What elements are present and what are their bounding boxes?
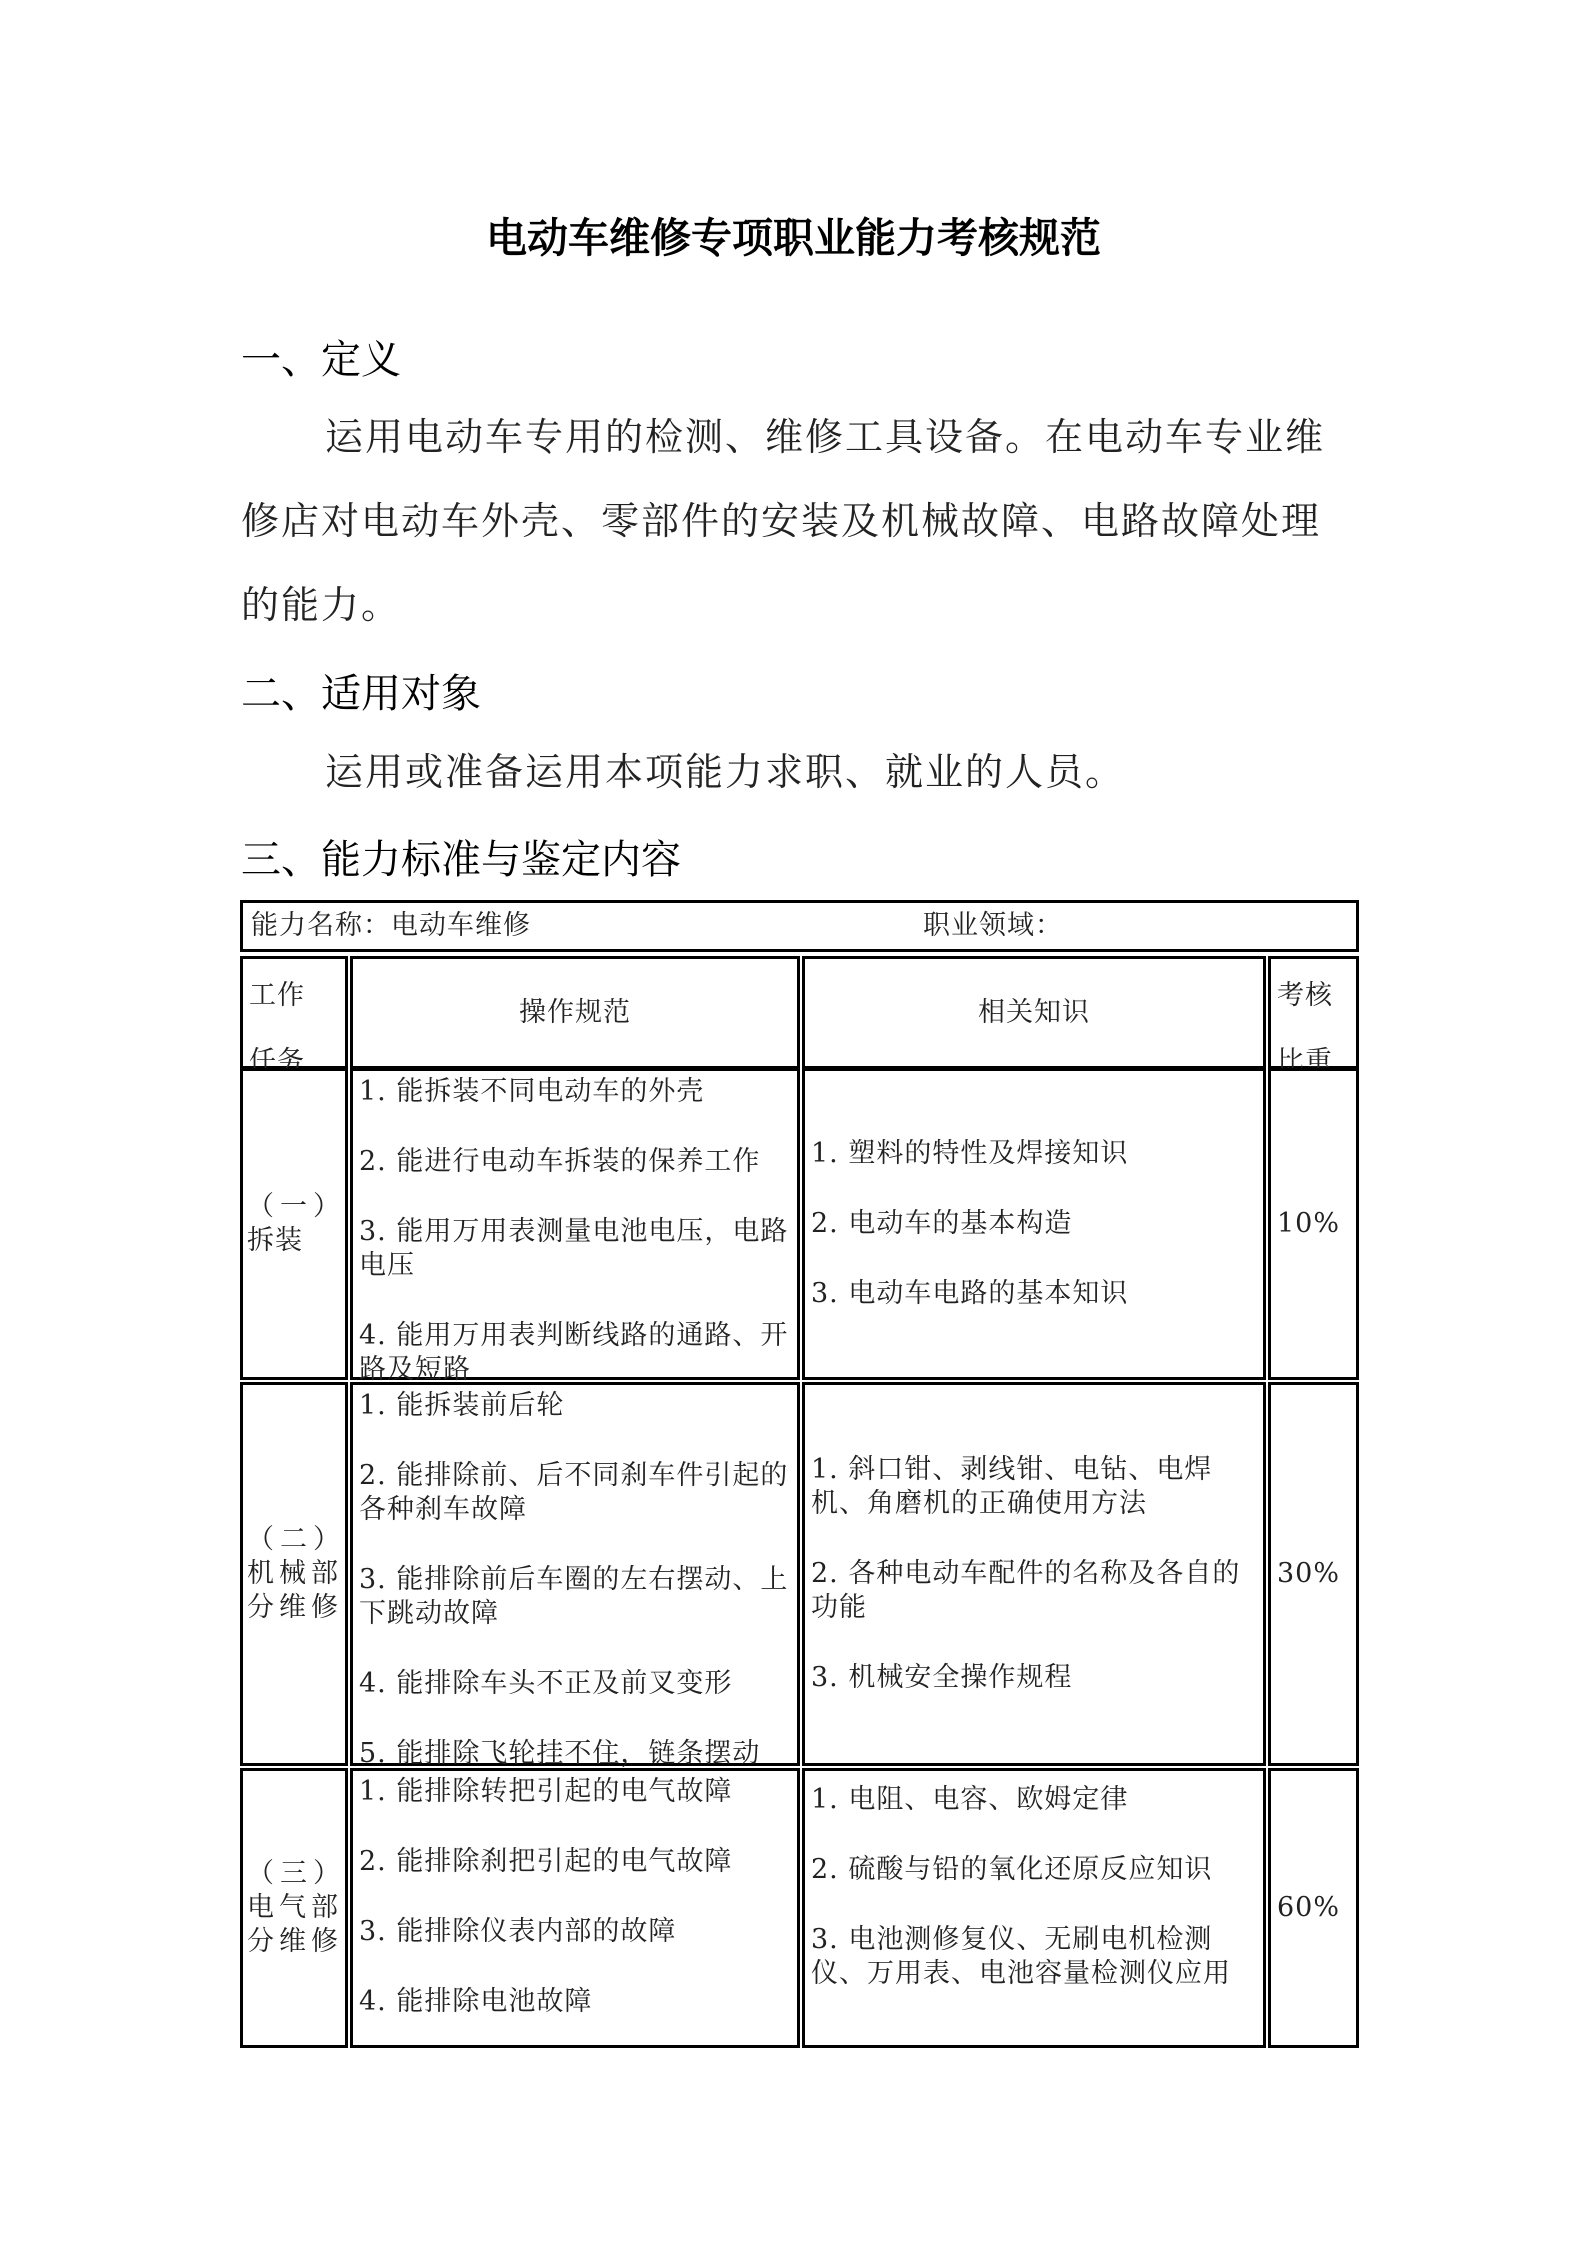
header-task: 工作 任务 — [240, 956, 348, 1069]
operation-item: 2. 能进行电动车拆装的保养工作 — [359, 1145, 793, 1179]
operation-item: 3. 能排除前后车圈的左右摆动、上下跳动故障 — [359, 1563, 793, 1631]
occupation-field: 职业领域： — [923, 909, 1063, 943]
table-row-3-operations: 1. 能排除转把引起的电气故障 2. 能排除刹把引起的电气故障 3. 能排除仪表… — [350, 1768, 800, 2048]
section-heading-standards: 三、能力标准与鉴定内容 — [241, 828, 681, 885]
knowledge-item: 3. 电动车电路的基本知识 — [811, 1277, 1259, 1311]
knowledge-item: 2. 电动车的基本构造 — [811, 1207, 1259, 1241]
table-row-2-task: （二） 机械部分维修 — [240, 1382, 348, 1766]
document-page: 电动车维修专项职业能力考核规范 一、定义 运用电动车专用的检测、维修工具设备。在… — [0, 0, 1587, 2245]
operation-item: 3. 能用万用表测量电池电压，电路电压 — [359, 1215, 793, 1283]
operation-item: 2. 能排除前、后不同刹车件引起的各种刹车故障 — [359, 1459, 793, 1527]
document-title: 电动车维修专项职业能力考核规范 — [0, 205, 1587, 264]
knowledge-item: 2. 各种电动车配件的名称及各自的功能 — [811, 1557, 1259, 1625]
section-heading-definition: 一、定义 — [241, 328, 401, 385]
operation-item: 3. 能排除仪表内部的故障 — [359, 1915, 793, 1949]
operation-item: 4. 能排除电池故障 — [359, 1985, 793, 2019]
definition-line-2: 修店对电动车外壳、零部件的安装及机械故障、电路故障处理 — [241, 479, 1361, 563]
knowledge-item: 1. 斜口钳、剥线钳、电钻、电焊机、角磨机的正确使用方法 — [811, 1453, 1259, 1521]
table-info-row: 能力名称：电动车维修 职业领域： — [240, 900, 1359, 952]
knowledge-item: 2. 硫酸与铅的氧化还原反应知识 — [811, 1853, 1259, 1887]
task-number: （二） — [247, 1523, 343, 1557]
table-row-3-knowledge: 1. 电阻、电容、欧姆定律 2. 硫酸与铅的氧化还原反应知识 3. 电池测修复仪… — [802, 1768, 1266, 2048]
weight-value: 10% — [1277, 1207, 1340, 1241]
knowledge-item: 1. 塑料的特性及焊接知识 — [811, 1137, 1259, 1171]
knowledge-item: 3. 电池测修复仪、无刷电机检测仪、万用表、电池容量检测仪应用 — [811, 1923, 1259, 1991]
table-row-3-task: （三） 电气部分维修 — [240, 1768, 348, 2048]
weight-value: 60% — [1277, 1891, 1340, 1925]
operation-item: 1. 能排除转把引起的电气故障 — [359, 1775, 793, 1809]
table-row-1-task: （一） 拆装 — [240, 1068, 348, 1380]
section-body-applicable: 运用或准备运用本项能力求职、就业的人员。 — [241, 730, 1361, 814]
weight-value: 30% — [1277, 1557, 1340, 1591]
operation-item: 1. 能拆装不同电动车的外壳 — [359, 1075, 793, 1109]
header-knowledge: 相关知识 — [802, 956, 1266, 1069]
operation-item: 4. 能用万用表判断线路的通路、开路及短路 — [359, 1319, 793, 1387]
definition-line-3: 的能力。 — [241, 563, 1361, 647]
operation-item: 2. 能排除刹把引起的电气故障 — [359, 1845, 793, 1879]
task-name: 电气部分维修 — [247, 1891, 343, 1959]
table-row-3-weight: 60% — [1268, 1768, 1359, 2048]
section-heading-applicable: 二、适用对象 — [241, 662, 481, 719]
definition-line-1: 运用电动车专用的检测、维修工具设备。在电动车专业维 — [325, 415, 1325, 459]
task-number: （一） — [247, 1190, 343, 1224]
section-body-definition: 运用电动车专用的检测、维修工具设备。在电动车专业维 修店对电动车外壳、零部件的安… — [241, 395, 1361, 647]
table-row-2-operations: 1. 能拆装前后轮 2. 能排除前、后不同刹车件引起的各种刹车故障 3. 能排除… — [350, 1382, 800, 1766]
header-knowledge-label: 相关知识 — [805, 996, 1263, 1030]
operation-item: 4. 能排除车头不正及前叉变形 — [359, 1667, 793, 1701]
operation-item: 5. 能排除飞轮挂不住，链条摆动 — [359, 1737, 793, 1771]
applicable-line-1: 运用或准备运用本项能力求职、就业的人员。 — [325, 750, 1125, 794]
task-name: 机械部分维修 — [247, 1557, 343, 1625]
knowledge-item: 3. 机械安全操作规程 — [811, 1661, 1259, 1695]
ability-name: 能力名称：电动车维修 — [251, 909, 531, 943]
header-operations: 操作规范 — [350, 956, 800, 1069]
table-row-2-weight: 30% — [1268, 1382, 1359, 1766]
header-weight: 考核 比重 — [1268, 956, 1359, 1069]
table-row-1-operations: 1. 能拆装不同电动车的外壳 2. 能进行电动车拆装的保养工作 3. 能用万用表… — [350, 1068, 800, 1380]
header-weight-line1: 考核 — [1277, 963, 1333, 1029]
table-row-1-weight: 10% — [1268, 1068, 1359, 1380]
operation-item: 1. 能拆装前后轮 — [359, 1389, 793, 1423]
task-name: 拆装 — [247, 1224, 343, 1258]
knowledge-item: 1. 电阻、电容、欧姆定律 — [811, 1783, 1259, 1817]
table-row-2-knowledge: 1. 斜口钳、剥线钳、电钻、电焊机、角磨机的正确使用方法 2. 各种电动车配件的… — [802, 1382, 1266, 1766]
header-task-line1: 工作 — [249, 963, 305, 1029]
table-row-1-knowledge: 1. 塑料的特性及焊接知识 2. 电动车的基本构造 3. 电动车电路的基本知识 — [802, 1068, 1266, 1380]
header-operations-label: 操作规范 — [353, 996, 797, 1030]
task-number: （三） — [247, 1857, 343, 1891]
